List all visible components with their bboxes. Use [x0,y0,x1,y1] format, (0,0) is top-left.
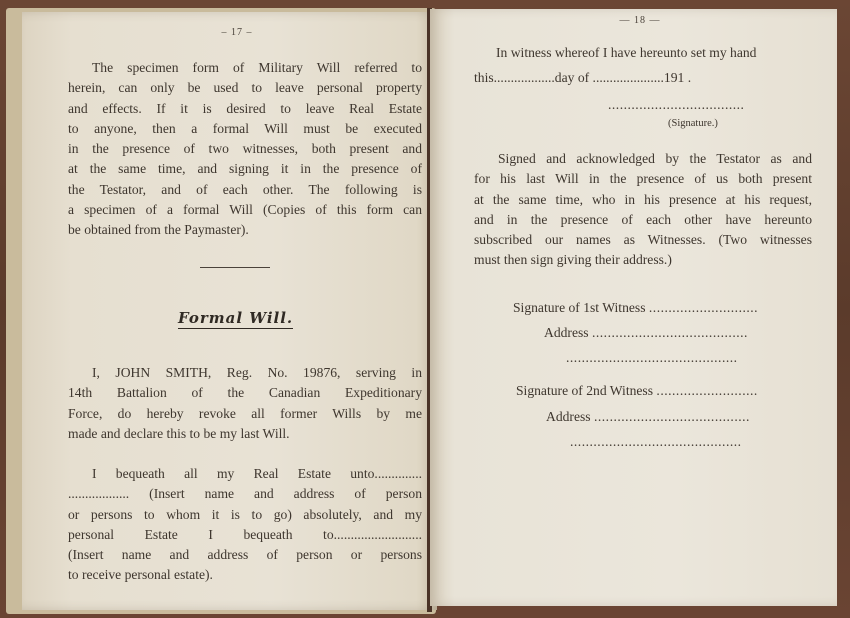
text-line: The specimen form of Military Will refer… [68,58,422,78]
witness-1-signature-row: Signature of 1st Witness ...............… [513,300,758,316]
witness-1-signature-field[interactable]: ............................ [649,300,758,315]
witness-2-signature-field[interactable]: .......................... [656,383,757,398]
declaration-paragraph: I, JOHN SMITH, Reg. No. 19876, serving i… [68,363,422,444]
intro-paragraph: The specimen form of Military Will refer… [68,58,422,241]
witness-1-address-line2-field[interactable]: ........................................… [566,350,738,366]
text-line: (Insert name and address of person or pe… [68,545,422,565]
text-line: .................. (Insert name and addr… [68,484,422,504]
section-heading: Formal Will. [178,309,293,329]
attestation-paragraph: Signed and acknowledged by the Testator … [474,149,812,271]
witness-2-address-row: Address ................................… [546,409,750,425]
text-line: I bequeath all my Real Estate unto......… [68,464,422,484]
page-number: – 17 – [212,27,262,38]
date-field-line: this..................day of ...........… [474,70,691,86]
text-line: be obtained from the Paymaster). [68,220,422,240]
witness-2-address-label: Address [546,409,591,424]
witness-2-address-line2-field[interactable]: ........................................… [570,434,742,450]
witness-1-address-row: Address ................................… [544,325,748,341]
witness-1-address-field[interactable]: ........................................ [592,325,748,340]
text-line: I, JOHN SMITH, Reg. No. 19876, serving i… [68,363,422,383]
text-line: and effects. If it is desired to leave R… [68,99,422,119]
text-line: at the same time, who in his presence at… [474,190,812,210]
text-line: Signed and acknowledged by the Testator … [474,149,812,169]
text-line: herein, can only be used to leave person… [68,78,422,98]
text-line: Force, do hereby revoke all former Wills… [68,404,422,424]
left-page: – 17 – The specimen form of Military Wil… [22,12,437,610]
signature-caption: (Signature.) [668,118,718,129]
text-line: subscribed our names as Witnesses. (Two … [474,230,812,250]
text-line: must then sign giving their address.) [474,250,812,270]
text-line: to anyone, then a formal Will must be ex… [68,119,422,139]
section-divider [200,267,270,268]
page-number: — 18 — [610,15,670,26]
text-line: 14th Battalion of the Canadian Expeditio… [68,383,422,403]
text-line: made and declare this to be my last Will… [68,424,422,444]
text-line: a specimen of a formal Will (Copies of t… [68,200,422,220]
text-line: the Testator, and of each other. The fol… [68,180,422,200]
right-page: — 18 — In witness whereof I have hereunt… [430,9,837,606]
text-line: to receive personal estate). [68,565,422,585]
bequest-paragraph: I bequeath all my Real Estate unto......… [68,464,422,586]
witness-2-signature-label: Signature of 2nd Witness [516,383,653,398]
witness-clause-line: In witness whereof I have hereunto set m… [496,45,756,61]
text-line: at the same time, and signing it in the … [68,159,422,179]
witness-2-address-field[interactable]: ........................................ [594,409,750,424]
text-line: in the presence of two witnesses, both p… [68,139,422,159]
witness-1-signature-label: Signature of 1st Witness [513,300,646,315]
text-line: or persons to whom it is to go) absolute… [68,505,422,525]
booklet-cover: – 17 – The specimen form of Military Wil… [0,0,850,618]
text-line: for his last Will in the presence of us … [474,169,812,189]
text-line: personal Estate I bequeath to...........… [68,525,422,545]
witness-2-signature-row: Signature of 2nd Witness ...............… [516,383,758,399]
text-line: and in the presence of each other have h… [474,210,812,230]
witness-1-address-label: Address [544,325,589,340]
testator-signature-field[interactable]: ................................... [608,97,744,113]
